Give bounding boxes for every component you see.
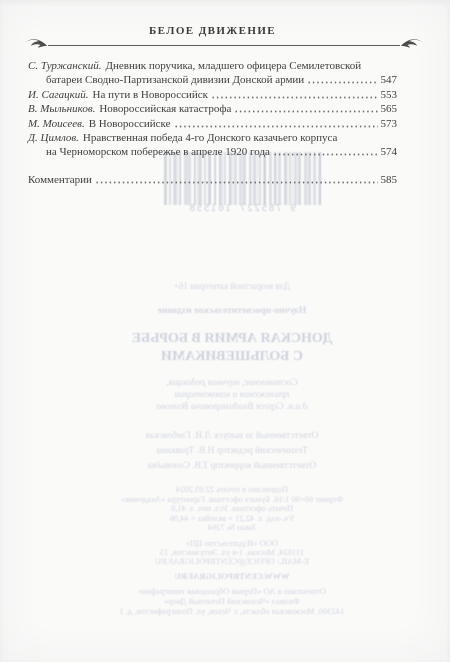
toc-entry-line: В. Мыльников. Новороссийская катастрофа …: [28, 102, 397, 116]
toc-entry-line: Д. Цимлов.Нравственная победа 4-го Донск…: [28, 131, 397, 145]
print-info-line: Подписано в печать 22.03.2024: [14, 485, 450, 495]
toc-entry-line: на Черноморском побережье в апреле 1920 …: [28, 145, 397, 159]
toc-entry-line: И. Сагацкий. На пути в Новороссийск 553: [28, 88, 397, 102]
age-mark: Для возрастной категории 16+: [14, 281, 450, 291]
compiler-line: д.и.н. Сергея Владимировича Волкова: [14, 401, 450, 413]
toc-title-continued: на Черноморском побережье в апреле 1920 …: [46, 145, 270, 159]
book-page: 9 785227 101558 Для возрастной категории…: [0, 0, 450, 662]
toc-author: М. Моисеев.: [28, 117, 85, 131]
toc-title: Новороссийская катастрофа: [99, 102, 231, 116]
toc-author: Д. Цимлов.: [28, 132, 79, 144]
compiler-line: Составление, научная редакция,: [14, 377, 450, 389]
staff-line: Ответственный корректор Т.В. Соловьёва: [14, 459, 450, 474]
toc-entry-line: батареи Сводно-Партизанской дивизии Донс…: [28, 73, 397, 87]
toc-page-number: 585: [381, 173, 398, 187]
toc-title: Дневник поручика, младшего офицера Семил…: [105, 60, 361, 72]
toc-comments-line: Комментарии 585: [28, 173, 397, 187]
editorial-staff-block: Ответственный за выпуск Л.И. Глебовская …: [14, 429, 450, 474]
print-info-line: Заказ № 7264: [14, 523, 450, 533]
isbn-barcode-digits: 9 785227 101558: [163, 203, 321, 214]
toc-page-number: 573: [381, 117, 398, 131]
toc-page-number: 574: [381, 145, 398, 159]
print-info-line: Формат 60×90 1/16. Бумага офсетная. Гарн…: [14, 495, 450, 505]
printer-line: Отпечатано в АО «Первая Образцовая типог…: [14, 586, 450, 596]
toc-author: В. Мыльников.: [28, 102, 95, 116]
toc-comments-label: Комментарии: [28, 173, 92, 187]
publisher-website: WWW.CENTRPOLIGRAF.RU: [14, 571, 450, 581]
publisher-line: ООО «Издательство ЦП»: [14, 539, 450, 548]
staff-line: Технический редактор Н.В. Травкина: [14, 444, 450, 459]
publisher-line: 111024, Москва, 1-я ул. Энтузиастов, 15: [14, 548, 450, 557]
toc-author: И. Сагацкий.: [28, 88, 89, 102]
reverse-book-title-line1: ДОНСКАЯ АРМИЯ В БОРЬБЕ: [14, 330, 450, 348]
publisher-block: ООО «Издательство ЦП» 111024, Москва, 1-…: [14, 539, 450, 567]
toc-title-continued: батареи Сводно-Партизанской дивизии Донс…: [46, 73, 304, 87]
toc-author: С. Туржанский.: [28, 60, 101, 72]
toc-page-number: 547: [381, 73, 398, 87]
printing-house-block: Отпечатано в АО «Первая Образцовая типог…: [14, 586, 450, 616]
compiler-line: приложения и комментарии: [14, 389, 450, 401]
dot-leader: [307, 73, 377, 87]
print-info-line: Уч.-изд. л. 42,21 + вклейка = 44,06: [14, 514, 450, 524]
toc-page-number: 553: [381, 88, 398, 102]
dot-leader: [174, 117, 378, 131]
reverse-book-title: ДОНСКАЯ АРМИЯ В БОРЬБЕ С БОЛЬШЕВИКАМИ: [14, 330, 450, 366]
toc-title: Нравственная победа 4-го Донского казачь…: [83, 132, 337, 144]
dot-leader: [234, 102, 377, 116]
table-of-contents: С. Туржанский.Дневник поручика, младшего…: [28, 59, 397, 187]
publisher-line: E-MAIL: OFFICE@CENTRPOLIGRAF.RU: [14, 557, 450, 566]
printer-line: 142300, Московская область, г. Чехов, ул…: [14, 606, 450, 616]
reverse-book-title-line2: С БОЛЬШЕВИКАМИ: [14, 348, 450, 366]
toc-page-number: 565: [381, 102, 398, 116]
print-info-block: Подписано в печать 22.03.2024 Формат 60×…: [14, 485, 450, 533]
dot-leader: [273, 145, 378, 159]
dot-leader: [211, 88, 378, 102]
printer-line: Филиал «Чеховский Печатный Двор»: [14, 596, 450, 606]
flourish-right-icon: [400, 35, 424, 49]
toc-title: На пути в Новороссийск: [93, 88, 208, 102]
print-info-line: Печать офсетная. Усл. печ. л. 41,0: [14, 504, 450, 514]
header-rule-line: [48, 45, 400, 46]
staff-line: Ответственный за выпуск Л.И. Глебовская: [14, 429, 450, 444]
dot-leader: [95, 173, 378, 187]
toc-entry-line: М. Моисеев. В Новороссийске 573: [28, 117, 397, 131]
compiler-block: Составление, научная редакция, приложени…: [14, 377, 450, 413]
toc-entry-line: С. Туржанский.Дневник поручика, младшего…: [28, 59, 397, 73]
flourish-left-icon: [24, 35, 48, 49]
header-rule: [24, 33, 424, 49]
edition-type: Научно-просветительское издание: [14, 306, 450, 316]
toc-title: В Новороссийске: [89, 117, 171, 131]
